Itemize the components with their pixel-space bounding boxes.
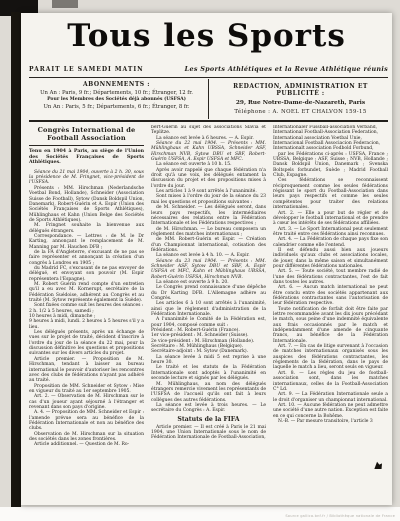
article-paragraph: Art. 9. — La Fédération Internationale s…: [273, 392, 388, 403]
article-paragraph: Art. 5. — Toute société, tout membre rad…: [273, 269, 388, 285]
article-paragraph: Art. 10. — Aucune fédération ne peut adm…: [273, 403, 388, 419]
article-paragraph: Sont mises à l'ordre du jour de la séanc…: [151, 194, 266, 205]
article-paragraph: Il est défendu aussi bien aux joueurs in…: [273, 248, 388, 269]
administration-phone: Téléphone : A. NOEL ET CHALVON 159-15: [215, 109, 386, 115]
article-paragraph: du Madrid FC, s'excusant de ne pas envoy…: [29, 266, 144, 282]
article-paragraph: Toute notification de forfait doit être …: [273, 307, 388, 344]
subscription-rates-standard: Un An : Paris, 9 fr.; Départements, 10 f…: [31, 90, 202, 96]
source-watermark: Source gallica.bnf.fr / Bibliothèque nat…: [285, 514, 395, 518]
article-paragraph: International Football-Association Feder…: [273, 130, 388, 135]
article-paragraph: Séance du 22 mai 1904. — Présents : MM. …: [151, 141, 266, 162]
tagline-row: PARAIT LE SAMEDI MATIN Les Sports Athlét…: [29, 65, 388, 73]
article-title: Congrès International de Football Associ…: [29, 125, 144, 146]
article-paragraph: Article additionnel. — Question de M. Ro…: [29, 442, 144, 447]
article-paragraph: de MM. Robert-Guérin et Espir. — Créatio…: [151, 237, 266, 253]
article-paragraph: La séance est levée à trois heures. — Le…: [151, 403, 266, 414]
column-right-paragraphs: Internationaler Fussball-association Ver…: [273, 125, 388, 424]
article-paragraph: de M. Schneider. — Les délégués seront, …: [151, 205, 266, 226]
article-paragraph: Le Congrès prend connaissance d'une dépê…: [151, 285, 266, 301]
article-paragraph: M. Mühlinghaus, au nom des délégués étra…: [151, 382, 266, 403]
column-middle-paragraphs: bert-Guérin au sujet des associations Sl…: [151, 125, 266, 441]
subtitle: Les Sports Athlétiques et la Revue Athlé…: [185, 65, 388, 73]
newspaper-title: Tous les Sports: [21, 19, 392, 53]
article-paragraph: Correspondance. — Lettres : de M. le Dr …: [29, 234, 144, 250]
article-body: Congrès International de Football Associ…: [29, 125, 388, 473]
publication-schedule: PARAIT LE SAMEDI MATIN: [29, 66, 144, 73]
subscription-members-note: Pour les Membres des Sociétés déjà abonn…: [31, 97, 202, 102]
subscriptions-box: ABONNEMENTS : Un An : Paris, 9 fr.; Dépa…: [29, 79, 209, 119]
article-paragraph: A l'unanimité le Comité de la Fédération…: [151, 317, 266, 328]
article-paragraph: Art. 4. — La Fédération de chaque pays f…: [273, 237, 388, 248]
column-left-paragraphs: Séance du 21 mai 1904, ouverte à 2 h. 30…: [29, 170, 144, 448]
masthead: Tous les Sports: [21, 19, 392, 53]
page-spine-edge: [11, 12, 21, 515]
article-paragraph: Art. 6. — Aucun match international ne p…: [273, 285, 388, 306]
article-paragraph: Les délégués présents, après un échange …: [29, 330, 144, 357]
article-paragraph: A. 4. — Proposition de MM. Schneider et …: [29, 410, 144, 431]
subscriptions-heading: ABONNEMENTS :: [31, 81, 202, 88]
article-paragraph: Sont fixées comme suit les heures des sé…: [29, 303, 144, 308]
article-paragraph: bert-Guérin au sujet des associations Sl…: [151, 125, 266, 136]
infobar-rule: [29, 120, 388, 122]
scan-edge-shadow: [52, 0, 78, 8]
column-subhead: Statuts de la FIFA: [151, 416, 266, 424]
administration-address: 29, Rue Notre-Dame-de-Nazareth, Paris: [215, 100, 386, 106]
article-paragraph: Séance du 21 mai 1904, ouverte à 2 h. 30…: [29, 170, 144, 186]
masthead-rule: [29, 77, 388, 78]
article-paragraph: Art. 7. — En cas de litige survenant à l…: [273, 344, 388, 371]
scanned-newspaper-page: Tous les Sports PARAIT LE SAMEDI MATIN L…: [0, 0, 400, 521]
article-paragraph: M. Robert Guérin rend compte d'un entret…: [29, 282, 144, 303]
article-paragraph: de M. Hirschman. — Le bureau composera u…: [151, 227, 266, 238]
article-paragraph: La séance levée à midi 5 est reprise à u…: [151, 355, 266, 366]
article-paragraph: 1er vice-président : M. Schneider (Suiss…: [151, 333, 266, 338]
article-paragraph: Présents : MM. Hirschman (Nederlandsche …: [29, 186, 144, 223]
article-lede: Tenu en 1904 à Paris, au siège de l'Unio…: [29, 149, 144, 166]
article-paragraph: Proposition de MM. Schneider et Sytow : …: [29, 384, 144, 395]
article-paragraph: Art. 8. — Les règles du jeu de football-…: [273, 371, 388, 392]
article-paragraph: de la FA d'Angleterre, s'excusant de ne …: [29, 250, 144, 266]
column-right: Internationaler Fussball-association Ver…: [273, 125, 388, 473]
article-paragraph: M. Fringnet souhaite la bienvenue aux dé…: [29, 223, 144, 234]
subscription-rates-members: Un An : Paris, 5 fr.; Départements, 6 fr…: [31, 104, 202, 110]
article-paragraph: La séance est levée à 4 h. 10. — A. Espi…: [151, 253, 266, 258]
info-bar: ABONNEMENTS : Un An : Paris, 9 fr.; Dépa…: [29, 79, 388, 119]
article-paragraph: Observation de M. Hirschman sur la situa…: [29, 432, 144, 443]
article-paragraph: Les articles 6 à 10 sont arrêtés à l'una…: [151, 301, 266, 317]
article-paragraph: Le traité et les statuts de la Fédératio…: [151, 365, 266, 381]
article-paragraph: Article premier. — Il est créé à Paris l…: [151, 425, 266, 441]
administration-box: REDACTION, ADMINISTRATION ET PUBLICITÉ :…: [209, 79, 388, 119]
article-paragraph: Article premier. — Proposition de M. Hir…: [29, 357, 144, 384]
article-paragraph: Ces fédérations se reconnaissent récipro…: [273, 178, 388, 210]
article-paragraph: 9 heures à midi, lundi. 2 heures à 5 heu…: [29, 319, 144, 330]
administration-heading: REDACTION, ADMINISTRATION ET PUBLICITÉ :: [215, 83, 386, 97]
article-paragraph: Art. 2. — Elle a pour but de régler et d…: [273, 211, 388, 227]
article-paragraph: Internationalt association Fodbold Forbu…: [273, 146, 388, 151]
article-paragraph: N.-B. — Par mesure transitoire, l'articl…: [273, 419, 388, 424]
article-paragraph: Art. 3. — Le Sport International peut se…: [273, 227, 388, 238]
article-paragraph: par les Fédérations ci-après : USFSA, Fr…: [273, 152, 388, 179]
article-paragraph: Après avoir rappelé que chaque fédératio…: [151, 168, 266, 189]
newspaper-page: Tous les Sports PARAIT LE SAMEDI MATIN L…: [21, 13, 392, 505]
column-left: Congrès International de Football Associ…: [29, 125, 144, 473]
column-middle: bert-Guérin au sujet des associations Sl…: [151, 125, 266, 473]
article-paragraph: Séance du 23 mai 1904. — Présents : MM. …: [151, 259, 266, 280]
article-paragraph: Art. 2. — Observation de M. Hirschman su…: [29, 394, 144, 410]
